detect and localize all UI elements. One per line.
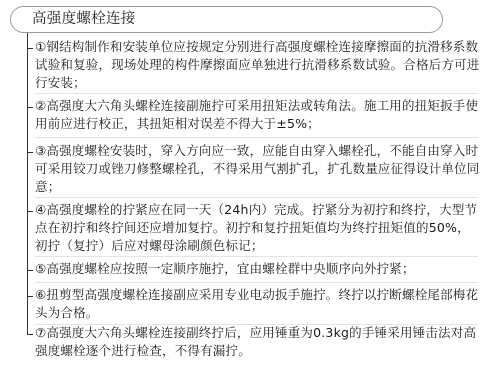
tree-connector-line (27, 33, 28, 335)
item-text: ③高强度螺栓安装时，穿入方向应一致，应能自由穿入螺栓孔，不能自由穿入时可采用铰刀… (35, 142, 480, 196)
branch-tick (27, 152, 33, 153)
branch-tick (27, 334, 33, 335)
separator (35, 93, 478, 94)
item-text: ⑤高强度螺栓应按照一定顺序施拧，宜由螺栓群中央顺序向外拧紧； (35, 260, 480, 278)
separator (35, 282, 478, 283)
item-text: ⑥扭剪型高强度螺栓连接副应采用专业电动扳手施拧。终拧以拧断螺栓尾部梅花头为合格。 (35, 286, 480, 322)
branch-tick (27, 211, 33, 212)
item-text: ②高强度大六角头螺栓连接副施拧可采用扭矩法或转角法。施工用的扭矩扳手使用前应进行… (35, 97, 480, 133)
branch-tick (27, 270, 33, 271)
item-text: ①钢结构制作和安装单位应按规定分别进行高强度螺栓连接摩擦面的抗滑移系数试验和复验… (35, 38, 480, 92)
branch-tick (27, 296, 33, 297)
separator (35, 137, 478, 138)
item-text: ④高强度螺栓的拧紧应在同一天（24h内）完成。拧紧分为初拧和终拧，大型节点在初拧… (35, 201, 480, 255)
branch-tick (27, 48, 33, 49)
item-text: ⑦高强度大六角头螺栓连接副终拧后，应用锤重为0.3kg的手锤采用锤击法对高强度螺… (35, 324, 480, 360)
separator (35, 256, 478, 257)
page-title: 高强度螺栓连接 (32, 9, 136, 29)
separator (35, 197, 478, 198)
branch-tick (27, 107, 33, 108)
